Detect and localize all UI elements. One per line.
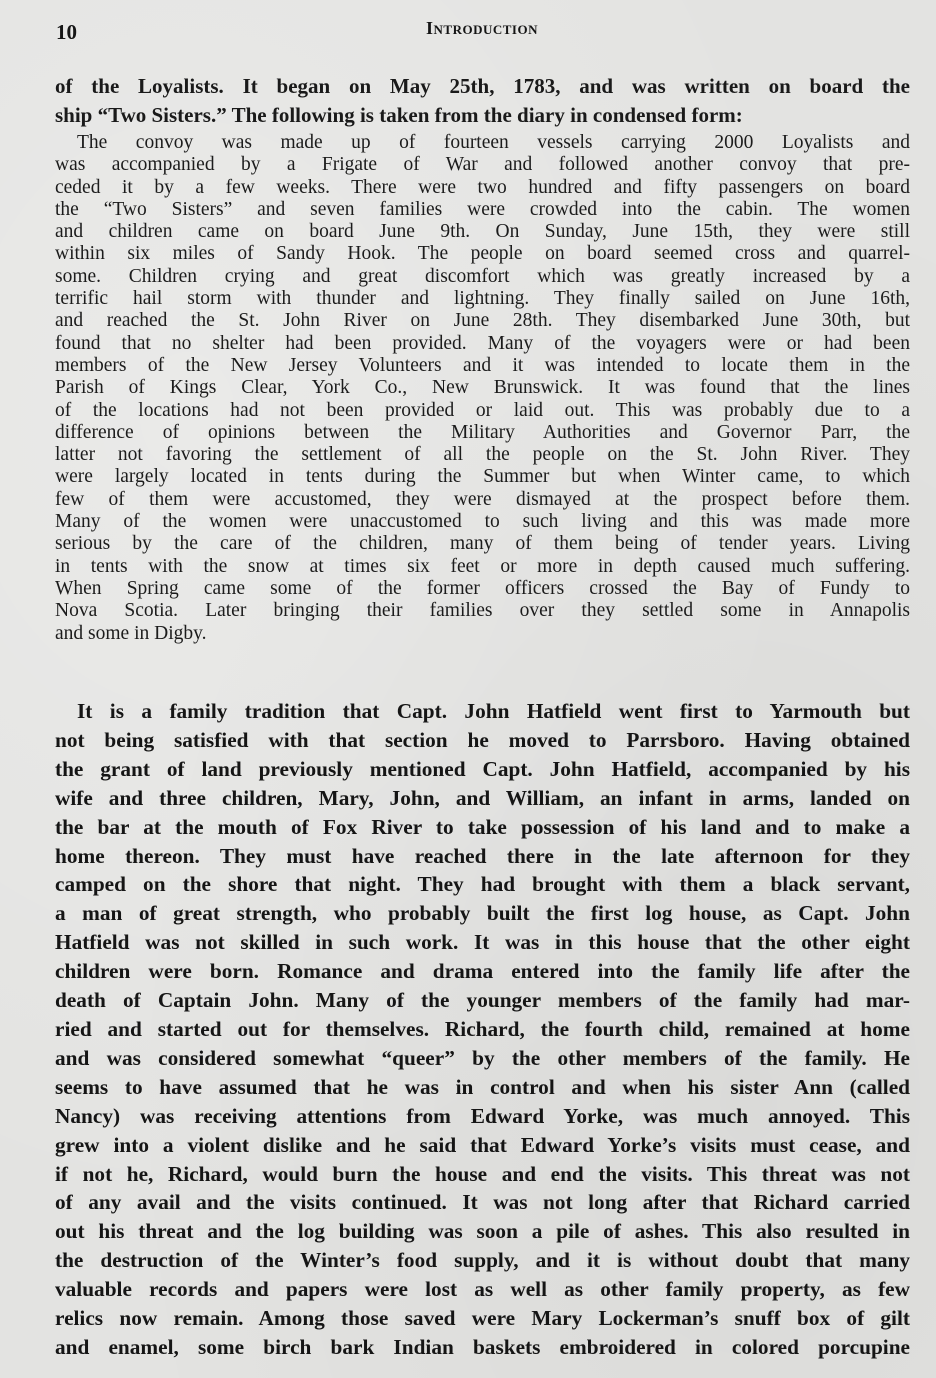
text-line: not being satisfied with that section he… [55,726,910,755]
book-page: 10 Introduction of the Loyalists. It beg… [0,0,936,1378]
text-line: Parish of Kings Clear, York Co., New Bru… [55,377,910,399]
text-line: members of the New Jersey Volunteers and… [55,355,910,377]
running-title: Introduction [56,18,908,39]
diary-excerpt: The convoy was made up of fourteen vesse… [55,132,910,645]
text-line: Nancy) was receiving attentions from Edw… [55,1102,910,1131]
text-line: in tents with the snow at times six feet… [55,556,910,578]
opening-paragraph: of the Loyalists. It began on May 25th, … [55,72,910,130]
text-line: home thereon. They must have reached the… [55,842,910,871]
text-line: latter not favoring the settlement of al… [55,444,910,466]
text-line: children were born. Romance and drama en… [55,957,910,986]
text-line: the grant of land previously mentioned C… [55,755,910,784]
text-line: and enamel, some birch bark Indian baske… [55,1333,910,1362]
text-line: out his threat and the log building was … [55,1217,910,1246]
text-line: of the locations had not been provided o… [55,400,910,422]
text-line: and reached the St. John River on June 2… [55,310,910,332]
text-line: The convoy was made up of fourteen vesse… [55,132,910,154]
text-line: and was considered somewhat “queer” by t… [55,1044,910,1073]
text-line: a man of great strength, who probably bu… [55,899,910,928]
text-line: Nova Scotia. Later bringing their famili… [55,600,910,622]
text-line: and some in Digby. [55,623,910,645]
text-line: ceded it by a few weeks. There were two … [55,177,910,199]
text-line: difference of opinions between the Milit… [55,422,910,444]
text-line: of the Loyalists. It began on May 25th, … [55,72,910,101]
text-line: were largely located in tents during the… [55,466,910,488]
text-line: wife and three children, Mary, John, and… [55,784,910,813]
text-line: death of Captain John. Many of the young… [55,986,910,1015]
text-line: When Spring came some of the former offi… [55,578,910,600]
text-line: serious by the care of the children, man… [55,533,910,555]
text-line: It is a family tradition that Capt. John… [55,697,910,726]
text-line: Many of the women were unaccustomed to s… [55,511,910,533]
text-line: seems to have assumed that he was in con… [55,1073,910,1102]
text-line: terrific hail storm with thunder and lig… [55,288,910,310]
text-line: ship “Two Sisters.” The following is tak… [55,101,910,130]
text-line: valuable records and papers were lost as… [55,1275,910,1304]
text-line: the “Two Sisters” and seven families wer… [55,199,910,221]
text-line: if not he, Richard, would burn the house… [55,1160,910,1189]
text-line: of any avail and the visits continued. I… [55,1188,910,1217]
text-line: the bar at the mouth of Fox River to tak… [55,813,910,842]
text-line: some. Children crying and great discomfo… [55,266,910,288]
text-line: grew into a violent dislike and he said … [55,1131,910,1160]
text-line: was accompanied by a Frigate of War and … [55,154,910,176]
text-line: found that no shelter had been provided.… [55,333,910,355]
text-line: few of them were accustomed, they were d… [55,489,910,511]
text-line: the destruction of the Winter’s food sup… [55,1246,910,1275]
running-header: 10 Introduction [56,18,908,48]
text-line: relics now remain. Among those saved wer… [55,1304,910,1333]
text-line: and children came on board June 9th. On … [55,221,910,243]
text-line: camped on the shore that night. They had… [55,870,910,899]
main-paragraph: It is a family tradition that Capt. John… [55,697,910,1362]
text-line: Hatfield was not skilled in such work. I… [55,928,910,957]
text-line: within six miles of Sandy Hook. The peop… [55,243,910,265]
text-line: ried and started out for themselves. Ric… [55,1015,910,1044]
